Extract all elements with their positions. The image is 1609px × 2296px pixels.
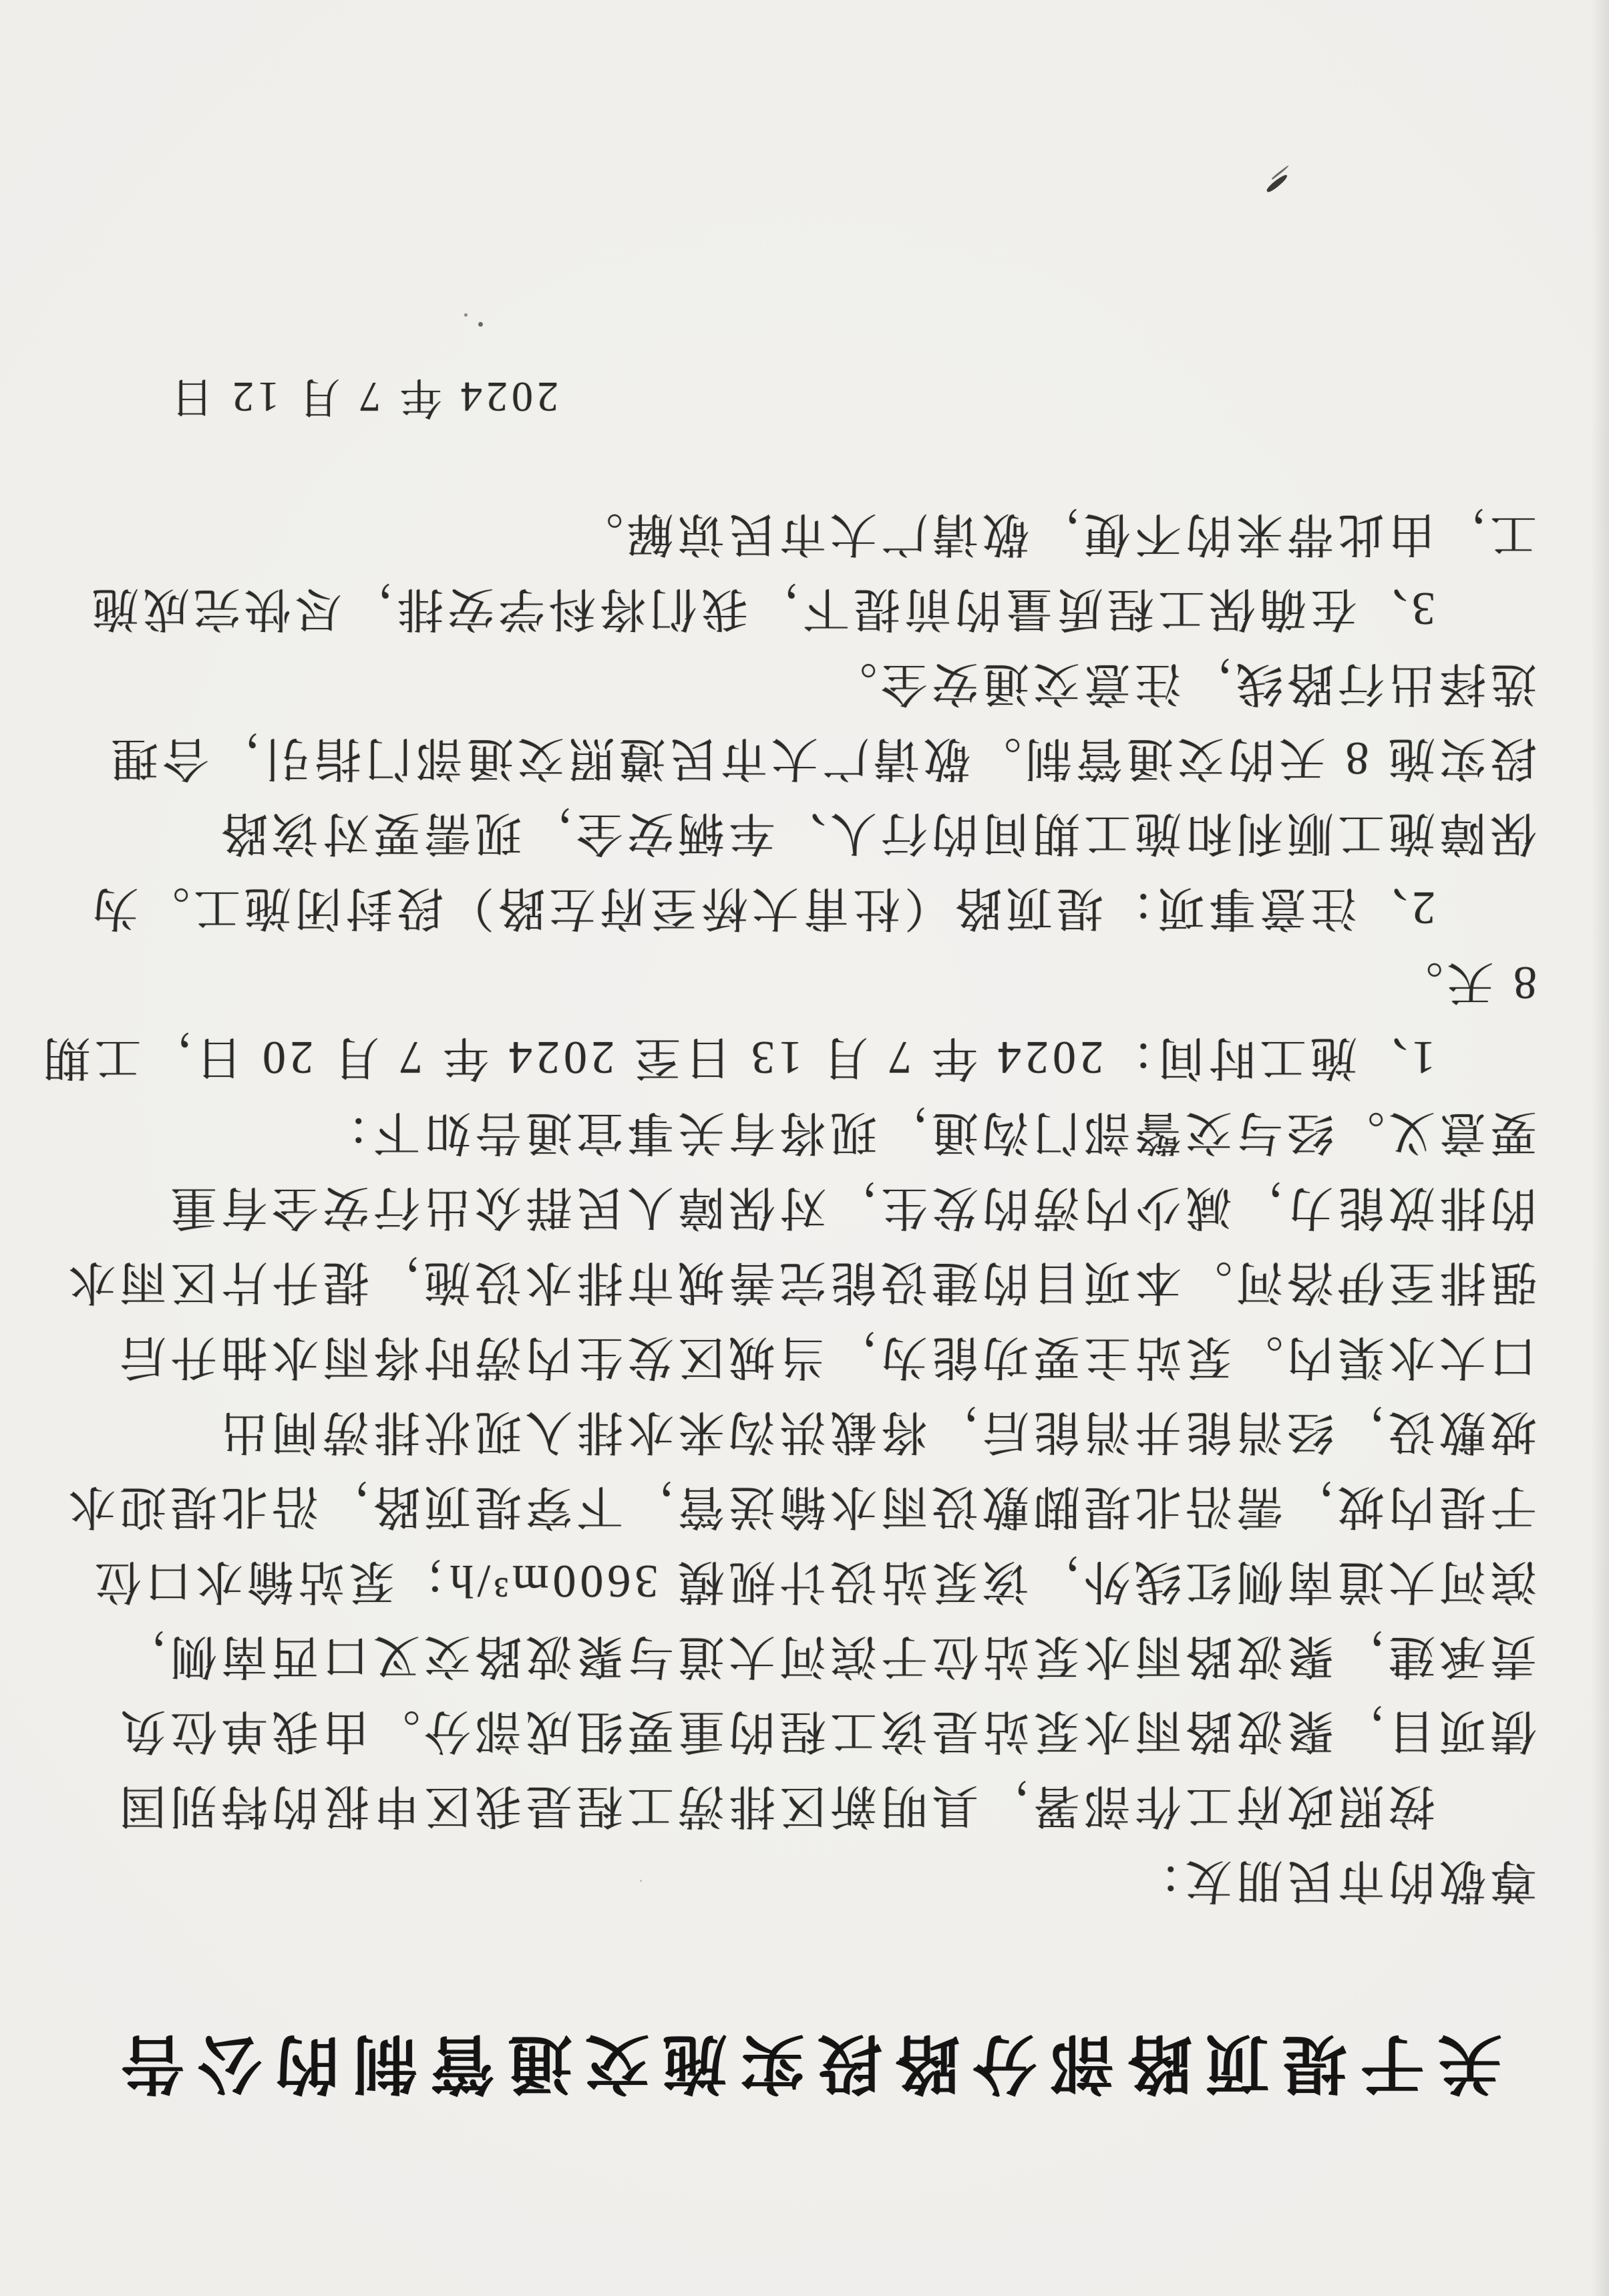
- body-line: 要意义。经与交警部门沟通，现将有关事宜通告如下：: [34, 1094, 1537, 1169]
- scan-edge-shadow: [1592, 0, 1609, 2296]
- body-line: 于堤内坡，需沿北堤脚敷设雨水输送管，下穿堤顶路，沿北堤迎水: [34, 1468, 1537, 1543]
- body-line: 8 天。: [34, 945, 1537, 1019]
- body-line: 债项目，聚波路雨水泵站是该工程的重要组成部分。由我单位负: [34, 1693, 1537, 1768]
- notice-item-line: 2、注意事项：堤顶路（杜甫大桥至府左路）段封闭施工。为: [34, 870, 1537, 945]
- body-line: 的排放能力，减少内涝的发生，对保障人民群众出行安全有重: [34, 1169, 1537, 1244]
- ink-speckle-dots: [478, 322, 483, 327]
- notice-title: 关于堤顶路部分路段实施交通管制的公告: [0, 2023, 1609, 2114]
- body-line: 责承建，聚波路雨水泵站位于滨河大道与聚波路交叉口西南侧，: [34, 1618, 1537, 1693]
- body-line: 段实施 8 天的交通管制。敬请广大市民遵照交通部门指引，合理: [34, 720, 1537, 795]
- body-line: 保障施工顺利和施工期间的行人、车辆安全，现需要对该路: [34, 795, 1537, 870]
- ink-smudge-mark: [1265, 173, 1288, 193]
- scanned-document-page: 关于堤顶路部分路段实施交通管制的公告 尊敬的市民朋友： 按照政府工作部署，具明新…: [0, 0, 1609, 2296]
- body-line: 滨河大道南侧红线外，该泵站设计规模 3600m³/h；泵站输水口位: [34, 1543, 1537, 1618]
- body-line: 口大水渠内。泵站主要功能为，当城区发生内涝时将雨水抽升后: [34, 1319, 1537, 1393]
- body-line: 强排至伊洛河。本项目的建设能完善城市排水设施，提升片区雨水: [34, 1244, 1537, 1319]
- notice-body: 尊敬的市民朋友： 按照政府工作部署，具明新区排涝工程是我区申报的特别国 债项目，…: [34, 496, 1537, 1917]
- body-line: 工，由此带来的不便，敬请广大市民谅解。: [34, 496, 1537, 570]
- notice-item-line: 3、在确保工程质量的前提下，我们将科学安排，尽快完成施: [34, 570, 1537, 645]
- body-line: 按照政府工作部署，具明新区排涝工程是我区申报的特别国: [34, 1768, 1537, 1842]
- salutation-line: 尊敬的市民朋友：: [34, 1842, 1537, 1917]
- date-line: 2024 年 7 月 12 日: [0, 370, 1609, 432]
- body-line: 选择出行路线，注意交通安全。: [34, 645, 1537, 720]
- body-line: 坡敷设，经消能井消能后，将截洪沟来水排入现状排涝闸出: [34, 1393, 1537, 1468]
- rotated-sheet: 关于堤顶路部分路段实施交通管制的公告 尊敬的市民朋友： 按照政府工作部署，具明新…: [0, 0, 1609, 2296]
- construction-time-line: 1、施工时间：2024 年 7 月 13 日至 2024 年 7 月 20 日，…: [34, 1019, 1537, 1094]
